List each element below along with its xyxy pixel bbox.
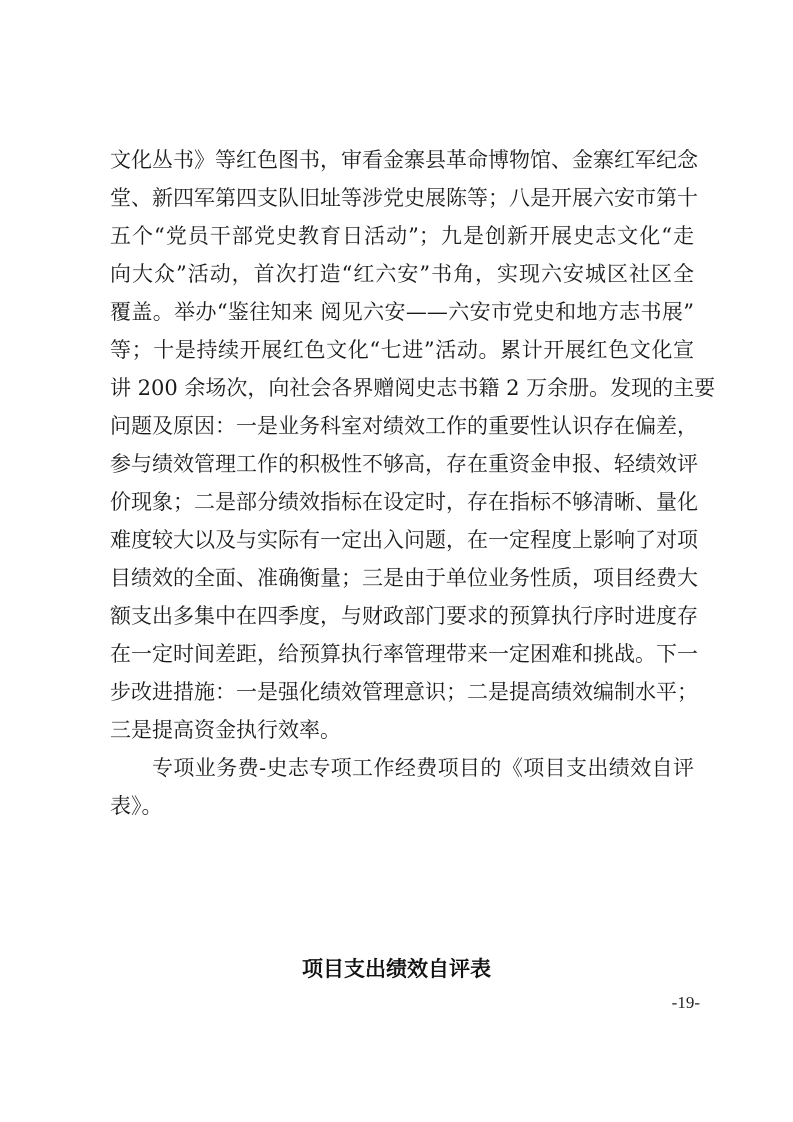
text-line: 难度较大以及与实际有一定出入问题，在一定程度上影响了对项 xyxy=(110,521,694,559)
text-line: 讲 200 余场次，向社会各界赠阅史志书籍 2 万余册。发现的主要 xyxy=(110,369,694,407)
text-line: 表》。 xyxy=(110,787,694,825)
page-number: -19- xyxy=(640,991,700,1015)
text-line: 五个“党员干部党史教育日活动”；九是创新开展史志文化“走 xyxy=(110,217,694,255)
text-line: 等；十是持续开展红色文化“七进”活动。累计开展红色文化宣 xyxy=(110,331,694,369)
text-line: 堂、新四军第四支队旧址等涉党史展陈等；八是开展六安市第十 xyxy=(110,179,694,217)
text-line: 价现象；二是部分绩效指标在设定时，存在指标不够清晰、量化 xyxy=(110,483,694,521)
text-line: 专项业务费-史志专项工作经费项目的《项目支出绩效自评 xyxy=(152,749,694,787)
text-line: 三是提高资金执行效率。 xyxy=(110,711,694,749)
text-line: 覆盖。举办“鉴往知来 阅见六安——六安市党史和地方志书展” xyxy=(110,293,694,331)
text-line: 问题及原因：一是业务科室对绩效工作的重要性认识存在偏差， xyxy=(110,407,694,445)
text-line: 目绩效的全面、准确衡量；三是由于单位业务性质，项目经费大 xyxy=(110,559,694,597)
text-line: 文化丛书》等红色图书，审看金寨县革命博物馆、金寨红军纪念 xyxy=(110,141,694,179)
table-title: 项目支出绩效自评表 xyxy=(0,954,793,984)
text-line: 额支出多集中在四季度，与财政部门要求的预算执行序时进度存 xyxy=(110,597,694,635)
text-line: 参与绩效管理工作的积极性不够高，存在重资金申报、轻绩效评 xyxy=(110,445,694,483)
text-line: 向大众”活动，首次打造“红六安”书角，实现六安城区社区全 xyxy=(110,255,694,293)
text-line: 在一定时间差距，给预算执行率管理带来一定困难和挑战。下一 xyxy=(110,635,694,673)
text-line: 步改进措施：一是强化绩效管理意识；二是提高绩效编制水平； xyxy=(110,673,694,711)
